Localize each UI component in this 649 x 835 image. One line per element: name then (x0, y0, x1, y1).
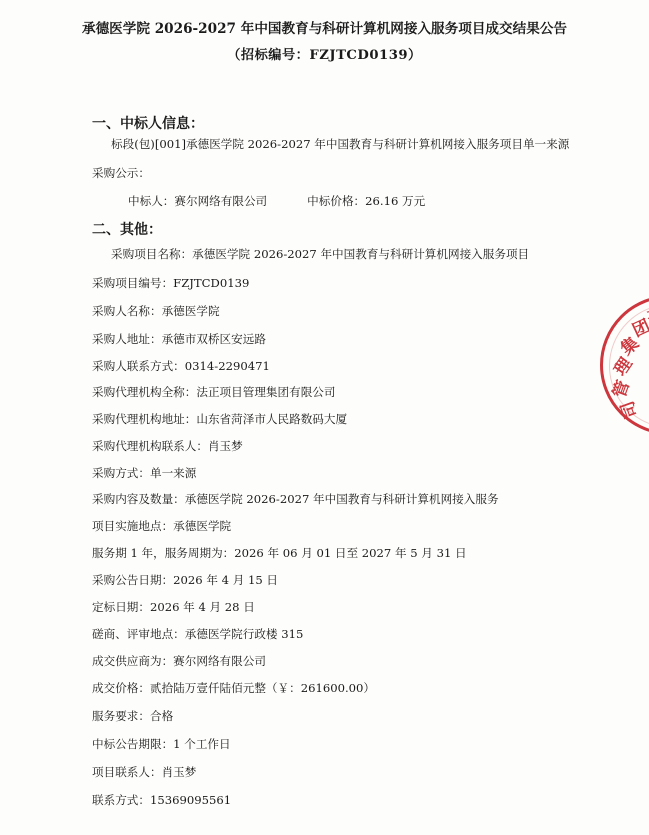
row-value: 承德医学院行政楼 315 (185, 627, 304, 641)
publicity-label: 采购公示： (92, 166, 150, 180)
row-label: 采购项目名称： (111, 247, 192, 261)
info-row-deal-price: 成交价格：贰拾陆万壹仟陆佰元整（￥：261600.00） (92, 681, 375, 695)
info-row-project-name: 采购项目名称：承德医学院 2026-2027 年中国教育与科研计算机网接入服务项… (111, 247, 529, 261)
row-value: 肖玉梦 (162, 765, 197, 779)
row-value: 承德医学院 2026-2027 年中国教育与科研计算机网接入服务 (185, 492, 499, 506)
row-value: 承德医学院 2026-2027 年中国教育与科研计算机网接入服务项目 (192, 247, 529, 261)
winner-row: 中标人：赛尔网络有限公司中标价格：26.16 万元 (128, 194, 425, 208)
price-value: 26.16 万元 (365, 194, 425, 208)
row-value: 法正项目管理集团有限公司 (196, 385, 335, 399)
row-label: 采购代理机构地址： (92, 412, 196, 426)
row-label: 采购代理机构全称： (92, 385, 196, 399)
row-value: 山东省菏泽市人民路数码大厦 (196, 412, 347, 426)
section-heading-winner-info: 一、中标人信息： (92, 113, 204, 133)
row-label: 项目实施地点： (92, 519, 173, 533)
document-page: 承德医学院 2026-2027 年中国教育与科研计算机网接入服务项目成交结果公告… (0, 0, 649, 835)
winner-value: 赛尔网络有限公司 (174, 194, 267, 208)
official-seal-stamp: 管 理 集 团 有 司 (600, 295, 649, 435)
info-row-implementation-site: 项目实施地点：承德医学院 (92, 519, 231, 533)
row-label: 采购人联系方式： (92, 359, 185, 373)
row-label: 采购项目编号： (92, 276, 173, 290)
row-label: 成交价格： (92, 681, 150, 695)
row-label: 采购内容及数量： (92, 492, 185, 506)
row-label: 采购人名称： (92, 304, 162, 318)
row-value: 赛尔网络有限公司 (173, 654, 266, 668)
row-value: FZJTCD0139 (173, 276, 249, 290)
info-row-service-period: 服务期 1 年，服务周期为：2026 年 06 月 01 日至 2027 年 5… (92, 546, 467, 560)
info-row-purchaser-contact: 采购人联系方式：0314-2290471 (92, 359, 270, 373)
row-value: 2026 年 4 月 15 日 (173, 573, 278, 587)
row-value: 2026 年 4 月 28 日 (150, 600, 255, 614)
row-value: 2026 年 06 月 01 日至 2027 年 5 月 31 日 (234, 546, 466, 560)
info-row-contact-phone: 联系方式：15369095561 (92, 793, 231, 807)
info-row-purchaser-address: 采购人地址：承德市双桥区安远路 (92, 332, 266, 346)
row-label: 项目联系人： (92, 765, 162, 779)
info-row-agency-address: 采购代理机构地址：山东省菏泽市人民路数码大厦 (92, 412, 347, 426)
row-value: 承德市双桥区安远路 (162, 332, 266, 346)
row-value: 1 个工作日 (173, 737, 230, 751)
info-row-review-location: 磋商、评审地点：承德医学院行政楼 315 (92, 627, 303, 641)
info-row-announcement-period: 中标公告期限：1 个工作日 (92, 737, 231, 751)
info-row-content-quantity: 采购内容及数量：承德医学院 2026-2027 年中国教育与科研计算机网接入服务 (92, 492, 499, 506)
info-row-announcement-date: 采购公告日期：2026 年 4 月 15 日 (92, 573, 278, 587)
info-row-project-contact: 项目联系人：肖玉梦 (92, 765, 196, 779)
info-row-project-number: 采购项目编号：FZJTCD0139 (92, 276, 249, 290)
info-row-procurement-method: 采购方式：单一来源 (92, 466, 196, 480)
row-label: 采购方式： (92, 466, 150, 480)
row-label: 成交供应商为： (92, 654, 173, 668)
row-label: 采购公告日期： (92, 573, 173, 587)
info-row-agency-name: 采购代理机构全称：法正项目管理集团有限公司 (92, 385, 336, 399)
row-value: 合格 (150, 709, 173, 723)
row-value: 承德医学院 (173, 519, 231, 533)
row-value: 承德医学院 (162, 304, 220, 318)
row-value: 0314-2290471 (185, 359, 270, 373)
row-label: 定标日期： (92, 600, 150, 614)
document-title: 承德医学院 2026-2027 年中国教育与科研计算机网接入服务项目成交结果公告 (0, 17, 649, 37)
row-value: 肖玉梦 (208, 439, 243, 453)
section-heading-other: 二、其他： (92, 219, 162, 239)
row-value: 单一来源 (150, 466, 196, 480)
info-row-service-requirement: 服务要求：合格 (92, 709, 173, 723)
seal-char: 司 (613, 398, 642, 423)
row-label: 服务期 1 年，服务周期为： (92, 546, 234, 560)
row-label: 中标公告期限： (92, 737, 173, 751)
row-label: 服务要求： (92, 709, 150, 723)
tender-number: （招标编号：FZJTCD0139） (0, 44, 649, 63)
lot-line: 标段(包)[001]承德医学院 2026-2027 年中国教育与科研计算机网接入… (111, 137, 569, 151)
row-label: 联系方式： (92, 793, 150, 807)
info-row-purchaser-name: 采购人名称：承德医学院 (92, 304, 220, 318)
row-value: 贰拾陆万壹仟陆佰元整（￥：261600.00） (150, 681, 375, 695)
winner-label: 中标人： (128, 194, 174, 208)
row-label: 采购代理机构联系人： (92, 439, 208, 453)
row-value: 15369095561 (150, 793, 231, 807)
info-row-award-date: 定标日期：2026 年 4 月 28 日 (92, 600, 255, 614)
row-label: 采购人地址： (92, 332, 162, 346)
price-label: 中标价格： (307, 194, 365, 208)
info-row-agency-contact: 采购代理机构联系人：肖玉梦 (92, 439, 243, 453)
row-label: 磋商、评审地点： (92, 627, 185, 641)
info-row-supplier: 成交供应商为：赛尔网络有限公司 (92, 654, 266, 668)
